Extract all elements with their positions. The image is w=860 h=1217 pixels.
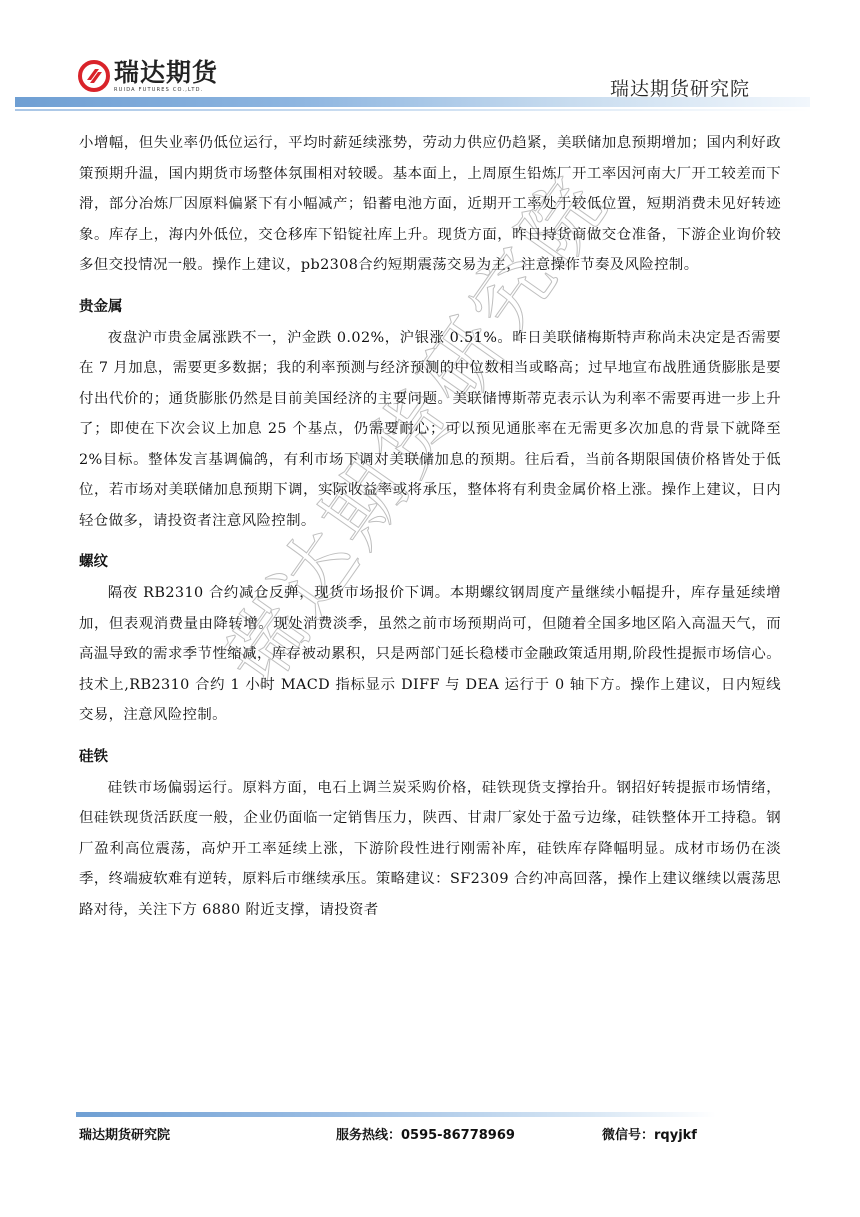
footer-gradient-bar bbox=[76, 1112, 716, 1117]
footer-wechat: 微信号：rqyjkf bbox=[602, 1124, 697, 1143]
logo-english-name: RUIDA FUTURES CO.,LTD. bbox=[114, 87, 218, 93]
company-logo: 瑞达期货 RUIDA FUTURES CO.,LTD. bbox=[78, 60, 218, 93]
page-footer: 瑞达期货研究院 服务热线：0595-86778969 微信号：rqyjkf bbox=[0, 1110, 860, 1170]
lead-paragraph: 小增幅，但失业率仍低位运行，平均时薪延续涨势，劳动力供应仍趋紧，美联储加息预期增… bbox=[79, 128, 781, 281]
header-gradient-bar bbox=[15, 97, 810, 107]
section-title-precious-metals: 贵金属 bbox=[79, 295, 781, 319]
section-body-precious-metals: 夜盘沪市贵金属涨跌不一，沪金跌 0.02%，沪银涨 0.51%。昨日美联储梅斯特… bbox=[79, 323, 781, 537]
footer-hotline: 服务热线：0595-86778969 bbox=[336, 1124, 515, 1143]
page-header: 瑞达期货 RUIDA FUTURES CO.,LTD. 瑞达期货研究院 bbox=[0, 0, 860, 130]
section-body-rebar: 隔夜 RB2310 合约减仓反弹，现货市场报价下调。本期螺纹钢周度产量继续小幅提… bbox=[79, 578, 781, 731]
section-title-ferrosilicon: 硅铁 bbox=[79, 745, 781, 769]
header-divider bbox=[15, 109, 810, 111]
report-body: 小增幅，但失业率仍低位运行，平均时薪延续涨势，劳动力供应仍趋紧，美联储加息预期增… bbox=[79, 128, 781, 925]
ruida-logo-icon bbox=[78, 60, 110, 92]
footer-org: 瑞达期货研究院 bbox=[79, 1124, 170, 1143]
section-title-rebar: 螺纹 bbox=[79, 550, 781, 574]
section-body-ferrosilicon: 硅铁市场偏弱运行。原料方面，电石上调兰炭采购价格，硅铁现货支撑抬升。钢招好转提振… bbox=[79, 773, 781, 926]
logo-chinese-name: 瑞达期货 bbox=[114, 60, 218, 86]
